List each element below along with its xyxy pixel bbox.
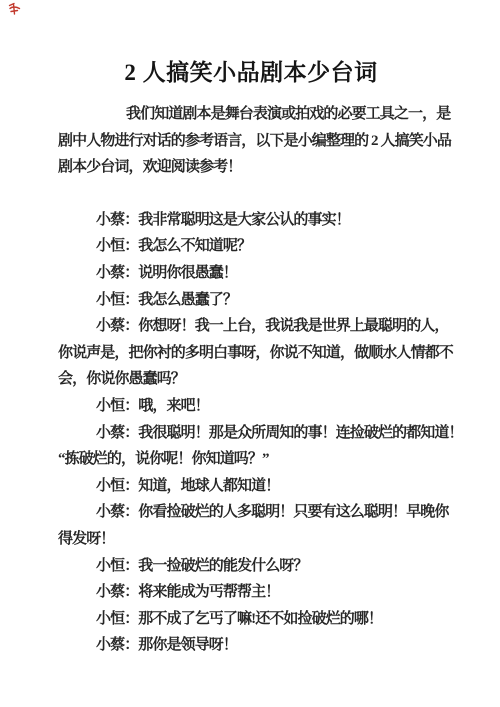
dialogue-line-continued: 会，你说你愚蠢吗？ [58, 366, 444, 393]
dialogue-line-continued: “拣破烂的，说你呢！你知道吗？” [58, 446, 444, 473]
dialogue-line: 小恒：哦，来吧！ [58, 393, 444, 420]
dialogue-line: 小蔡：那你是领导呀！ [58, 632, 444, 659]
intro-line: 剧中人物进行对话的参考语言，以下是小编整理的 2 人搞笑小品 [58, 128, 444, 155]
intro-line: 我们知道剧本是舞台表演或拍戏的必要工具之一，是 [58, 101, 444, 128]
dialogue-section: 小蔡：我非常聪明这是大家公认的事实！ 小恒：我怎么不知道呢？ 小蔡：说明你很愚蠢… [58, 207, 444, 659]
dialogue-line-continued: 得发呀！ [58, 526, 444, 553]
dialogue-line: 小蔡：说明你很愚蠢！ [58, 260, 444, 287]
dialogue-line: 小蔡：你看捡破烂的人多聪明！只要有这么聪明！早晚你 [58, 499, 444, 526]
page-title: 2 人搞笑小品剧本少台词 [58, 56, 444, 90]
dialogue-line-continued: 你说声是，把你衬的多明白事呀，你说不知道，做顺水人情都不 [58, 340, 444, 367]
dialogue-line: 小蔡：将来能成为丐帮帮主！ [58, 579, 444, 606]
dialogue-line: 小蔡：我非常聪明这是大家公认的事实！ [58, 207, 444, 234]
paragraph-spacer [58, 181, 444, 207]
dialogue-line: 小蔡：我很聪明！那是众所周知的事！连捡破烂的都知道！ [58, 420, 444, 447]
document-page: { "page": { "background": "#ffffff", "te… [0, 0, 500, 707]
dialogue-line: 小恒：我怎么不知道呢？ [58, 233, 444, 260]
document-body: 2 人搞笑小品剧本少台词 我们知道剧本是舞台表演或拍戏的必要工具之一，是 剧中人… [58, 56, 444, 659]
dialogue-line: 小蔡：你想呀！我一上台，我说我是世界上最聪明的人， [58, 313, 444, 340]
dialogue-line: 小恒：知道，地球人都知道！ [58, 473, 444, 500]
dialogue-line: 小恒：我一捡破烂的能发什么呀？ [58, 553, 444, 580]
dialogue-line: 小恒：那不成了乞丐了嘛!还不如捡破烂的哪！ [58, 606, 444, 633]
intro-line: 剧本少台词，欢迎阅读参考！ [58, 154, 444, 181]
dialogue-line: 小恒：我怎么愚蠢了？ [58, 287, 444, 314]
red-ink-mark-icon [7, 2, 22, 16]
intro-paragraph: 我们知道剧本是舞台表演或拍戏的必要工具之一，是 剧中人物进行对话的参考语言，以下… [58, 101, 444, 181]
